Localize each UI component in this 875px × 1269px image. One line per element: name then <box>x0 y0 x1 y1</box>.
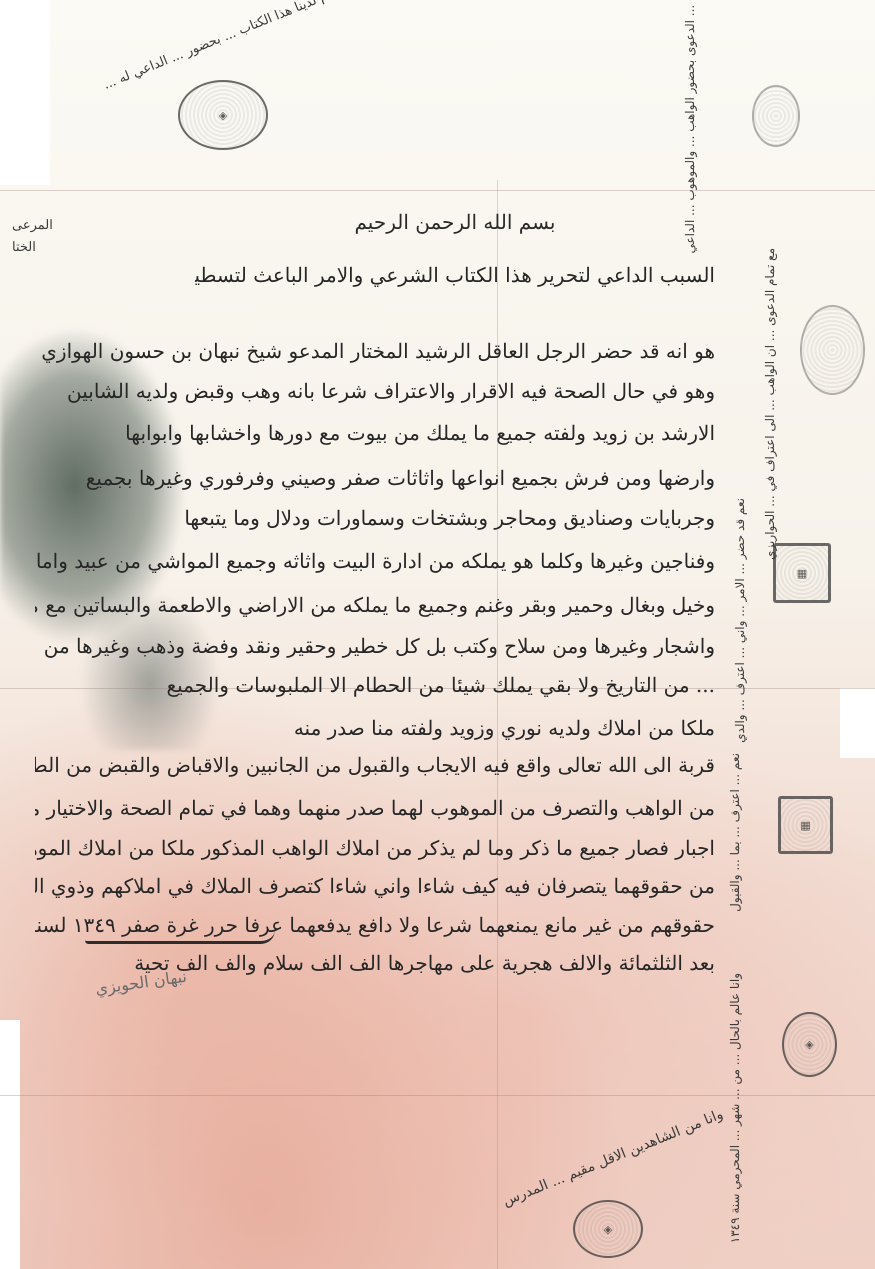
body-line: بعد الثلثمائة والالف هجرية على مهاجرها ا… <box>35 950 715 976</box>
top-right-note: صح ... الدعوى بحضور الواهب ... والموهوب … <box>682 0 698 203</box>
body-line: اجبار فصار جميع ما ذكر وما لم يذكر من ام… <box>35 835 715 861</box>
body-line: وارضها ومن فرش بجميع انواعها واثاثات صفر… <box>35 465 715 491</box>
body-line: قربة الى الله تعالى واقع فيه الايجاب وال… <box>35 752 715 778</box>
body-line: وفناجين وغيرها وكلما هو يملكه من ادارة ا… <box>35 548 715 574</box>
margin-label: المرعى <box>12 218 53 234</box>
fold-line <box>0 190 875 191</box>
attestation-note: وانا عالم بالحال ... من ... شهر ... المح… <box>727 973 743 1203</box>
body-line: من حقوقهما يتصرفان فيه كيف شاءا واني شاء… <box>35 873 715 899</box>
seal-stamp: ◈ <box>573 1200 643 1258</box>
attestation-note: نعم قد حضر ... الامر ... واني ... اعترف … <box>732 498 748 718</box>
torn-edge <box>840 688 875 758</box>
seal-stamp <box>800 305 865 395</box>
body-line: وخيل وبغال وحمير وبقر وغنم وجميع ما يملك… <box>35 592 715 618</box>
body-line: وجربايات وصناديق ومحاجر وبشتخات وسماورات… <box>35 505 715 531</box>
scan-margin <box>0 1020 20 1269</box>
body-line: ملكا من املاك ولديه نوري وزويد ولفته منا… <box>35 715 715 741</box>
body-line: من الواهب والتصرف من الموهوب لهما صدر من… <box>35 795 715 821</box>
body-line: الارشد بن زويد ولفته جميع ما يملك من بيو… <box>35 420 715 446</box>
body-line: السبب الداعي لتحرير هذا الكتاب الشرعي وا… <box>195 262 715 288</box>
seal-stamp: ◈ <box>782 1012 837 1077</box>
attestation-note: مع تمام الدعوى ... ان الواهب ... الى اعت… <box>762 248 778 488</box>
seal-stamp: ▦ <box>773 543 831 603</box>
body-line: هو انه قد حضر الرجل العاقل الرشيد المختا… <box>35 338 715 364</box>
fold-line <box>0 1095 875 1096</box>
scan-margin <box>0 0 50 185</box>
seal-stamp: ◈ <box>178 80 268 150</box>
document-page: تقدم لدينا هذا الكتاب ... بحضور ... الدا… <box>0 0 875 1269</box>
body-line: واشجار وغيرها ومن سلاح وكتب بل كل خطير و… <box>35 633 715 659</box>
seal-stamp: ▦ <box>778 796 833 854</box>
basmala: بسم الله الرحمن الرحيم <box>330 210 580 234</box>
attestation-note: نعم ... اعترف ... بما ... والقبول <box>727 753 743 943</box>
closing-flourish <box>85 930 275 944</box>
body-line: ... من التاريخ ولا بقي يملك شيئا من الحط… <box>35 672 715 698</box>
margin-label: الختا <box>12 240 36 256</box>
seal-stamp <box>752 85 800 147</box>
body-line: وهو في حال الصحة فيه الاقرار والاعتراف ش… <box>35 378 715 404</box>
